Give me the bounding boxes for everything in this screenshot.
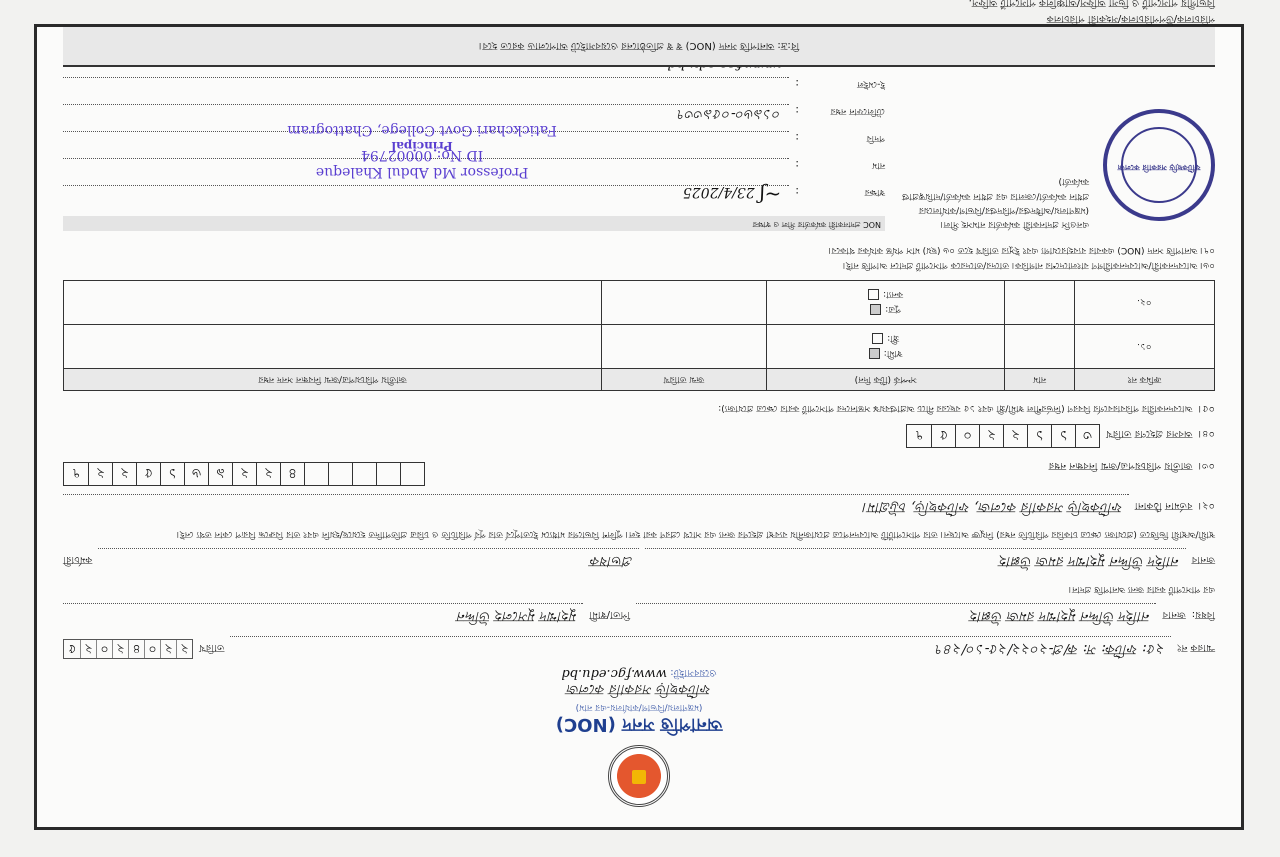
col-serial: ক্রমিক নং	[1074, 369, 1214, 391]
date-digit: ২	[112, 640, 128, 658]
government-emblem-icon	[608, 745, 670, 807]
recipient-line: পরিচালক/উপপরিচালক/সহকারী পরিচালক	[63, 10, 1215, 26]
field-name: নাম: Professor Md Abdul Khaleque ID No: …	[63, 158, 885, 185]
date-digit: ০	[144, 640, 160, 658]
body-applicant-label: জনাব	[1192, 551, 1215, 568]
name-cell	[1005, 281, 1074, 325]
signature: ~ʃ	[759, 183, 781, 207]
retirement-label: অবসর গ্রহণের তারিখ	[1106, 424, 1192, 441]
digit-box: ১	[1027, 425, 1051, 447]
digit-box	[400, 463, 424, 485]
serial-cell: ০২.	[1074, 281, 1214, 325]
designation-label: কর্মচারী	[63, 551, 92, 568]
item-retirement: ০৪। অবসর গ্রহণের তারিখ ৩১১২২০৫৭	[63, 424, 1215, 448]
header-website: ওয়েবসাইট: www.fgc.edu.bd	[63, 663, 1215, 681]
col-nid: জাতীয় পরিচয়পত্র/জন্ম নিবন্ধন সনদ নম্বর	[64, 369, 602, 391]
nid-cell	[64, 281, 602, 325]
recipient-line: বিভাগীয় পাসপোর্ট ও ভিসা অফিস/আঞ্চলিক পা…	[63, 0, 1215, 10]
relation-option[interactable]: স্ত্রী:	[770, 332, 1002, 347]
digit-box: ২	[88, 463, 112, 485]
date-digit: ২	[160, 640, 176, 658]
father-name: মুহাম্মদ মুসলেহ উদ্দিন	[63, 603, 583, 628]
date-boxes: ২ ২ ০ ৪ ২ ০ ২ ৫	[63, 639, 193, 659]
note-item: ০৭। অনাপত্তি সনদ (NOC) একবার ব্যবহারযোগ্…	[63, 241, 1215, 256]
note-item: ০৬। আবেদনকারী/আবেদনকারীগণ বাংলাদেশের নাগ…	[63, 257, 1215, 272]
relation-cell: স্বামী:স্ত্রী:	[766, 325, 1005, 369]
stamp-section-label: NOC প্রদানকারী কর্মকর্তার সীল ও স্বাক্ষর	[63, 216, 885, 231]
notes: ০৬। আবেদনকারী/আবেদনকারীগণ বাংলাদেশের নাগ…	[63, 241, 1215, 272]
item-number: ০২।	[1198, 496, 1215, 513]
date-label: তারিখ	[199, 638, 224, 655]
checkbox[interactable]	[872, 334, 883, 345]
birthdate-cell	[602, 325, 767, 369]
designation-value: প্রভাষক	[98, 549, 639, 574]
digit-box: ৭	[64, 463, 88, 485]
subject-applicant-name: নাহিদ উদ্দিন মুহাম্মদ রমজ উল্লাহ	[636, 603, 1156, 628]
authority-labels: এনওসি প্রদানকারী কর্মকর্তার নামসহ সীল। (…	[899, 50, 1089, 231]
col-relation: সম্পর্ক (টিক দিন)	[766, 369, 1005, 391]
relation-cell: পুত্র:কন্যা:	[766, 281, 1005, 325]
date-digit: ২	[176, 640, 192, 658]
birthdate-cell	[602, 281, 767, 325]
item-nid: ০৩। জাতীয় পরিচয়পত্র/জন্ম নিবন্ধন নম্বর…	[63, 456, 1215, 486]
field-signature: স্বাক্ষর: ~ʃ 23/4/2025	[63, 185, 885, 212]
digit-box	[376, 463, 400, 485]
digit-box: ৩	[1075, 425, 1099, 447]
subject-applicant-label: জনাব	[1162, 605, 1185, 622]
nid-cell	[64, 325, 602, 369]
subject-purpose: এর পাসপোর্ট করার জন্য অনাপত্তি প্রদান।	[63, 582, 1215, 596]
digit-box: ৫	[136, 463, 160, 485]
digit-box: ২	[112, 463, 136, 485]
item-address: ০২। বর্তমান ঠিকানা ফটিকছড়ি সরকারি কলেজ,…	[63, 494, 1215, 519]
officer-stamp: Professor Md Abdul Khaleque ID No: 00002…	[63, 158, 789, 180]
authority-fields: NOC প্রদানকারী কর্মকর্তার সীল ও স্বাক্ষর…	[63, 50, 885, 231]
authority-section: ফটিকছড়ি সরকারি কলেজ এনওসি প্রদানকারী কর…	[63, 50, 1215, 231]
website-value: www.fgc.edu.bd	[561, 666, 667, 681]
serial-cell: ০১.	[1074, 325, 1214, 369]
subject-label: বিষয়:	[1192, 605, 1215, 622]
college-seal-icon: ফটিকছড়ি সরকারি কলেজ	[1103, 109, 1215, 221]
form-subtitle: (মন্ত্রণালয়/বিভাগ/কার্যালয়-এর নাম)	[63, 700, 1215, 715]
digit-box: ১	[160, 463, 184, 485]
father-label: পিতা/স্বামী	[589, 605, 630, 622]
table-row: ০১.স্বামী:স্ত্রী:	[64, 325, 1215, 369]
relation-option[interactable]: স্বামী:	[770, 347, 1002, 362]
date-digit: ২	[80, 640, 96, 658]
digit-box: ৫	[931, 425, 955, 447]
subject-row: বিষয়: জনাব নাহিদ উদ্দিন মুহাম্মদ রমজ উল…	[63, 603, 1215, 628]
col-birthdate: জন্ম তারিখ	[602, 369, 767, 391]
authority-label: (মন্ত্রণালয়/অধিদপ্তর/পরিদপ্তর/বিভাগ/কার…	[899, 174, 1089, 217]
noc-form-page: অনাপত্তি সনদ (NOC) (মন্ত্রণালয়/বিভাগ/কা…	[34, 24, 1244, 830]
item-number: ০৫।	[1198, 399, 1215, 416]
family-table: ক্রমিক নং নাম সম্পর্ক (টিক দিন) জন্ম তার…	[63, 280, 1215, 391]
digit-box: ৬	[184, 463, 208, 485]
applicant-row: জনাব নাহিদ উদ্দিন মুহাম্মদ রমজ উল্লাহ প্…	[63, 549, 1215, 574]
digit-box: ৪	[280, 463, 304, 485]
item-number: ০৩।	[1198, 456, 1215, 473]
date-digit: ০	[96, 640, 112, 658]
body-paragraph: স্থায়ী/অস্থায়ী ভিত্তিতে (প্রযোজ্য ক্ষে…	[63, 527, 1215, 541]
date-digit: ৫	[64, 640, 80, 658]
digit-box: ৭	[907, 425, 931, 447]
family-label: আবেদনকারীর পরিবারবর্গের বিবরণ (নির্ভরশীল…	[718, 401, 1192, 415]
digit-box	[328, 463, 352, 485]
name-cell	[1005, 325, 1074, 369]
reference-row: স্মারক নং ২৫: ফটিক: স: ক/প্র-২০২২/২৫-১০/…	[63, 636, 1215, 661]
digit-box	[352, 463, 376, 485]
table-row: ০২.পুত্র:কন্যা:	[64, 281, 1215, 325]
address-value: ফটিকছড়ি সরকারি কলেজ, ফটিকছড়ি, চট্টগ্রা…	[63, 494, 1129, 519]
reference-value: ২৫: ফটিক: স: ক/প্র-২০২২/২৫-১০/২৪৭	[230, 636, 1171, 661]
relation-option[interactable]: কন্যা:	[770, 288, 1002, 303]
scanned-document: অনাপত্তি সনদ (NOC) (মন্ত্রণালয়/বিভাগ/কা…	[0, 0, 1280, 857]
nid-boxes: ৪২২৯৬১৫২২৭	[63, 462, 425, 486]
digit-box: ২	[232, 463, 256, 485]
col-name: নাম	[1005, 369, 1074, 391]
website-label: ওয়েবসাইট:	[670, 667, 716, 678]
body-applicant-name: নাহিদ উদ্দিন মুহাম্মদ রমজ উল্লাহ	[645, 549, 1186, 574]
relation-option[interactable]: পুত্র:	[770, 303, 1002, 318]
digit-box	[304, 463, 328, 485]
field-email: ই-মেইল:	[63, 77, 885, 104]
checkbox[interactable]	[870, 305, 881, 316]
item-family: ০৫। আবেদনকারীর পরিবারবর্গের বিবরণ (নির্ভ…	[63, 399, 1215, 416]
date-digit: ৪	[128, 640, 144, 658]
address-label: বর্তমান ঠিকানা	[1135, 496, 1193, 513]
signature-date: 23/4/2025	[683, 184, 755, 200]
authority-label: এনওসি প্রদানকারী কর্মকর্তার নামসহ সীল।	[899, 217, 1089, 231]
digit-box: ২	[1003, 425, 1027, 447]
nid-label: জাতীয় পরিচয়পত্র/জন্ম নিবন্ধন নম্বর	[1049, 456, 1193, 473]
digit-box: ১	[1051, 425, 1075, 447]
digit-box: ২	[256, 463, 280, 485]
family-table-header: ক্রমিক নং নাম সম্পর্ক (টিক দিন) জন্ম তার…	[64, 369, 1215, 391]
item-number: ০৪।	[1198, 424, 1215, 441]
digit-box: ৯	[208, 463, 232, 485]
digit-box: ২	[979, 425, 1003, 447]
form-header: অনাপত্তি সনদ (NOC) (মন্ত্রণালয়/বিভাগ/কা…	[63, 669, 1215, 809]
footer-note: বি:দ্র: অনাপত্তি সনদ (NOC) স্ব স্ব প্রতি…	[63, 27, 1215, 67]
checkbox[interactable]	[869, 349, 880, 360]
digit-box: ০	[955, 425, 979, 447]
checkbox[interactable]	[868, 290, 879, 301]
retirement-boxes: ৩১১২২০৫৭	[906, 424, 1100, 448]
reference-label: স্মারক নং	[1177, 638, 1215, 655]
